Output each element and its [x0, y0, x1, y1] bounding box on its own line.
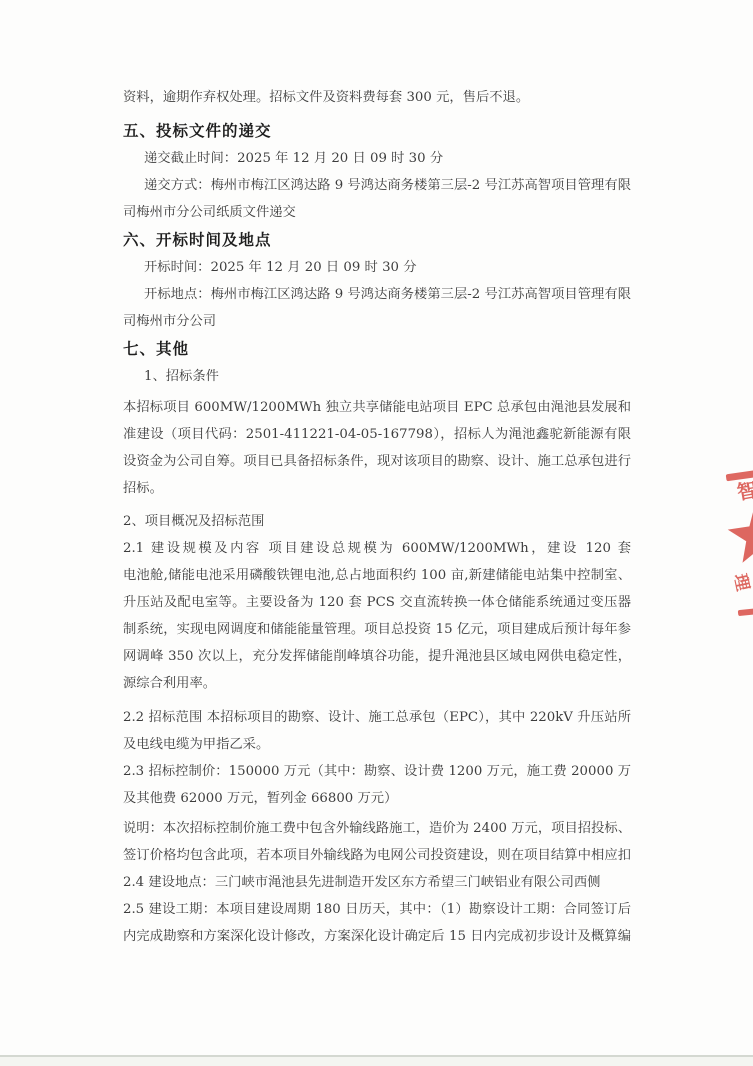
text-line: 设资金为公司自筹。项目已具备招标条件，现对该项目的勘察、设计、施工总承包进行邀请 [123, 448, 631, 475]
text-line: 2.1 建设规模及内容 项目建设总规模为 600MW/1200MWh，建设 12… [123, 535, 631, 562]
text-line: 1、招标条件 [123, 363, 631, 390]
section-heading: 六、开标时间及地点 [123, 226, 631, 254]
red-seal-stamp: 智 理 [712, 466, 753, 622]
text-line: 司梅州市分公司 [123, 308, 631, 335]
page-bottom-shade [0, 1057, 753, 1066]
text-line: 2、项目概况及招标范围 [123, 508, 631, 535]
text-line: 司梅州市分公司纸质文件递交 [123, 199, 631, 226]
text-line: 及电线电缆为甲指乙采。 [123, 731, 631, 758]
text-line: 电池舱,储能电池采用磷酸铁锂电池,总占地面积约 100 亩,新建储能电站集中控制… [123, 562, 631, 589]
text-line: 2.4 建设地点：三门峡市渑池县先进制造开发区东方希望三门峡铝业有限公司西侧 [123, 869, 631, 896]
stamp-character-top: 智 [735, 479, 753, 502]
section-heading: 五、投标文件的递交 [123, 117, 631, 145]
text-line: 递交方式：梅州市梅江区鸿达路 9 号鸿达商务楼第三层-2 号江苏高智项目管理有限… [123, 172, 631, 199]
text-line: 2.2 招标范围 本招标项目的勘察、设计、施工总承包（EPC），其中 220kV… [123, 704, 631, 731]
text-line: 开标时间：2025 年 12 月 20 日 09 时 30 分 [123, 254, 631, 281]
stamp-character-bottom: 理 [730, 572, 750, 592]
stamp-ring-segment-top [726, 470, 753, 482]
text-line: 准建设（项目代码：2501-411221-04-05-167798），招标人为渑… [123, 421, 631, 448]
text-line: 内完成勘察和方案深化设计修改，方案深化设计确定后 15 日内完成初步设计及概算编… [123, 923, 631, 950]
text-line: 制系统，实现电网调度和储能能量管理。项目总投资 15 亿元，项目建成后预计每年参… [123, 616, 631, 643]
text-line: 及其他费 62000 万元，暂列金 66800 万元） [123, 785, 631, 812]
text-line: 说明：本次招标控制价施工费中包含外输线路施工，造价为 2400 万元，项目招投标… [123, 815, 631, 842]
text-line: 开标地点：梅州市梅江区鸿达路 9 号鸿达商务楼第三层-2 号江苏高智项目管理有限… [123, 281, 631, 308]
stamp-ring-segment-bottom [738, 608, 753, 616]
text-line: 资料，逾期作弃权处理。招标文件及资料费每套 300 元，售后不退。 [123, 84, 631, 111]
text-line: 2.3 招标控制价：150000 万元（其中：勘察、设计费 1200 万元，施工… [123, 758, 631, 785]
text-line: 源综合利用率。 [123, 670, 631, 697]
document-page: 资料，逾期作弃权处理。招标文件及资料费每套 300 元，售后不退。五、投标文件的… [0, 0, 753, 1066]
text-line: 招标。 [123, 475, 631, 502]
document-content: 资料，逾期作弃权处理。招标文件及资料费每套 300 元，售后不退。五、投标文件的… [123, 84, 631, 950]
text-line: 网调峰 350 次以上，充分发挥储能削峰填谷功能，提升渑池县区域电网供电稳定性，… [123, 643, 631, 670]
text-line: 本招标项目 600MW/1200MWh 独立共享储能电站项目 EPC 总承包由渑… [123, 394, 631, 421]
section-heading: 七、其他 [123, 335, 631, 363]
text-line: 升压站及配电室等。主要设备为 120 套 PCS 交直流转换一体仓储能系统通过变… [123, 589, 631, 616]
text-line: 签订价格均包含此项，若本项目外输线路为电网公司投资建设，则在项目结算中相应扣除。 [123, 842, 631, 869]
stamp-star-icon [725, 503, 753, 569]
text-line: 2.5 建设工期：本项目建设周期 180 日历天，其中：（1）勘察设计工期：合同… [123, 896, 631, 923]
text-line: 递交截止时间：2025 年 12 月 20 日 09 时 30 分 [123, 145, 631, 172]
